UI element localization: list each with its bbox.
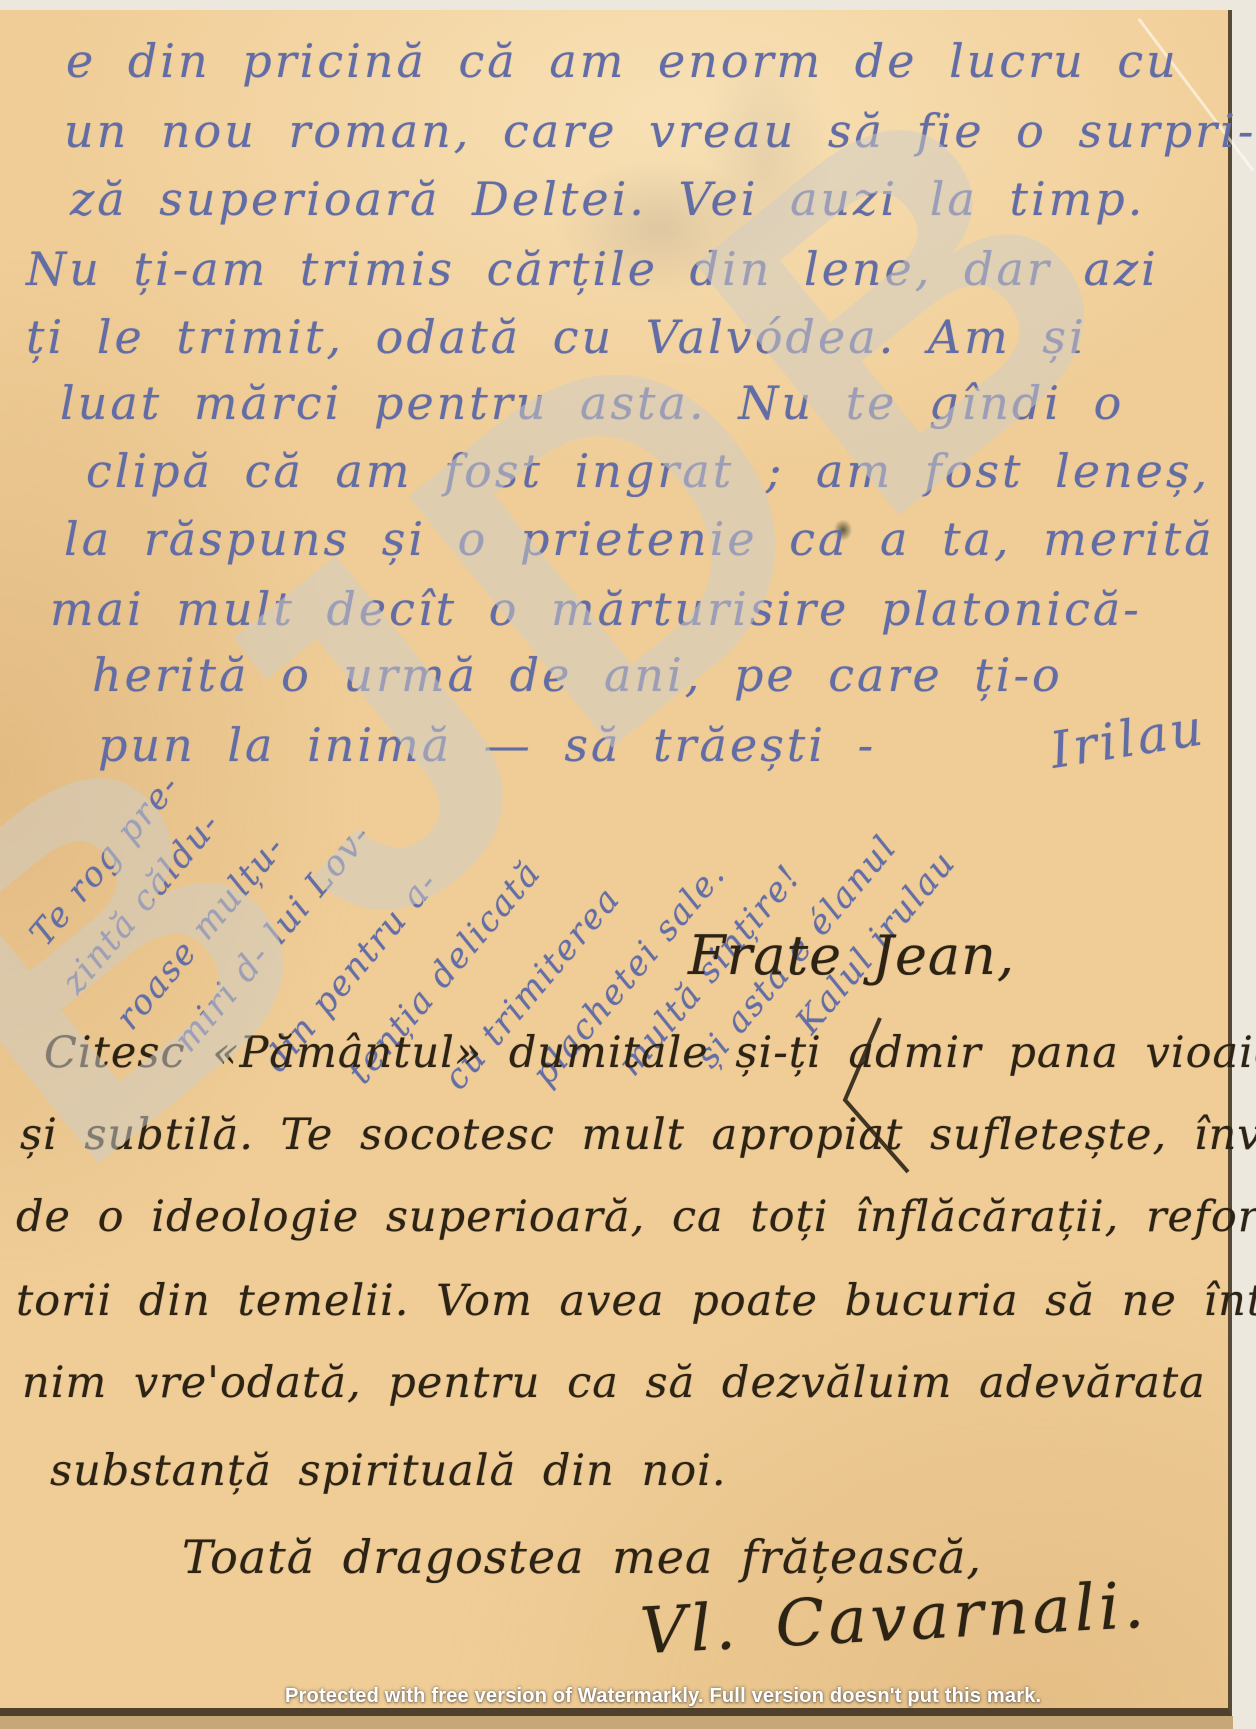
black-ink-line: nim vre'odată, pentru ca să dezvăluim ad… <box>22 1360 1206 1407</box>
blue-ink-line: un nou roman, care vreau să fie o surpri… <box>64 106 1256 157</box>
blue-ink-line: ți le trimit, odată cu Valvódea. Am și <box>26 312 1087 363</box>
blue-ink-line: Nu ți-am trimis cărțile din lene, dar az… <box>26 244 1159 295</box>
blue-ink-line: pun la inimă — să trăești - <box>98 720 876 771</box>
watermarkly-notice: Protected with free version of Watermark… <box>285 1685 1041 1708</box>
blue-ink-line: la răspuns și o prietenie ca a ta, merit… <box>64 514 1215 565</box>
blue-ink-line: herită o urmă de ani, pe care ți-o <box>92 650 1063 701</box>
blue-ink-line: e din pricină că am enorm de lucru cu <box>66 36 1179 87</box>
salutation: Frate Jean, <box>688 926 1015 985</box>
blue-ink-line: mai mult decît o mărturisire platonică- <box>50 584 1142 635</box>
black-ink-line: substanță spirituală din noi. <box>50 1448 727 1495</box>
blue-ink-line: clipă că am fost ingrat ; am fost leneș, <box>86 446 1210 497</box>
blue-ink-line: luat mărci pentru asta. Nu te gîndi o <box>60 378 1124 429</box>
black-ink-line: de o ideologie superioară, ca toți înflă… <box>16 1194 1256 1241</box>
black-ink-line: torii din temelii. Vom avea poate bucuri… <box>16 1278 1256 1325</box>
closing-line: Toată dragostea mea frățească, <box>182 1532 982 1583</box>
black-ink-line: și subtilă. Te socotesc mult apropiat su… <box>20 1112 1256 1159</box>
blue-ink-line: ză superioară Deltei. Vei auzi la timp. <box>70 174 1145 225</box>
black-ink-line: Citesc «Pământul» dumitale și-ți admir p… <box>44 1030 1256 1077</box>
postcard-scan: e din pricină că am enorm de lucru cu un… <box>0 0 1256 1729</box>
card-edge-bottom <box>0 1716 1233 1729</box>
